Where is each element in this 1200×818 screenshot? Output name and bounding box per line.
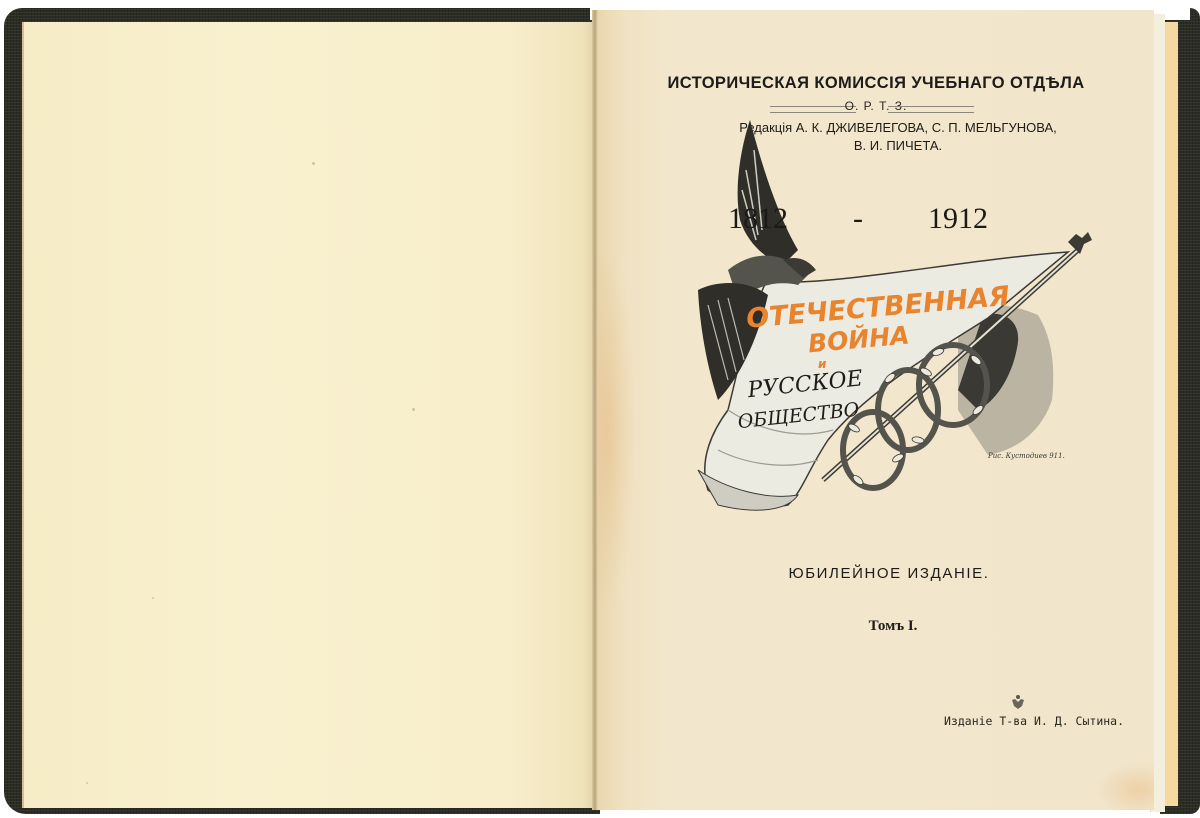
artist-signature: Рис. Кустодиев 911.	[987, 452, 1065, 460]
paper-speck	[86, 782, 88, 784]
years-heading: 1812 - 1912	[728, 202, 988, 236]
edition-label: ЮБИЛЕЙНОЕ ИЗДАНІЕ.	[598, 565, 1154, 582]
title-page-content: ИСТОРИЧЕСКАЯ КОМИССІЯ УЧЕБНАГО ОТДѢЛА О.…	[598, 10, 1154, 810]
paper-speck	[412, 408, 415, 411]
commission-heading: ИСТОРИЧЕСКАЯ КОМИССІЯ УЧЕБНАГО ОТДѢЛА	[598, 74, 1154, 93]
year-start: 1812	[728, 202, 788, 236]
title-illustration: ОТЕЧЕСТВЕННАЯ ВОЙНА и РУССКОЕ ОБЩЕСТВО Р…	[658, 110, 1108, 520]
finial-eagle-icon	[1068, 232, 1092, 254]
left-endpaper	[22, 22, 594, 808]
year-end: 1912	[928, 202, 988, 236]
double-headed-eagle-icon	[1011, 694, 1025, 710]
volume-label: Томъ I.	[598, 618, 1154, 635]
publisher-imprint: Изданіе Т-ва И. Д. Сытина.	[944, 714, 1124, 728]
title-conjunction: и	[818, 357, 827, 371]
paper-speck	[312, 162, 315, 165]
year-dash: -	[853, 202, 863, 236]
paper-speck	[152, 597, 154, 599]
